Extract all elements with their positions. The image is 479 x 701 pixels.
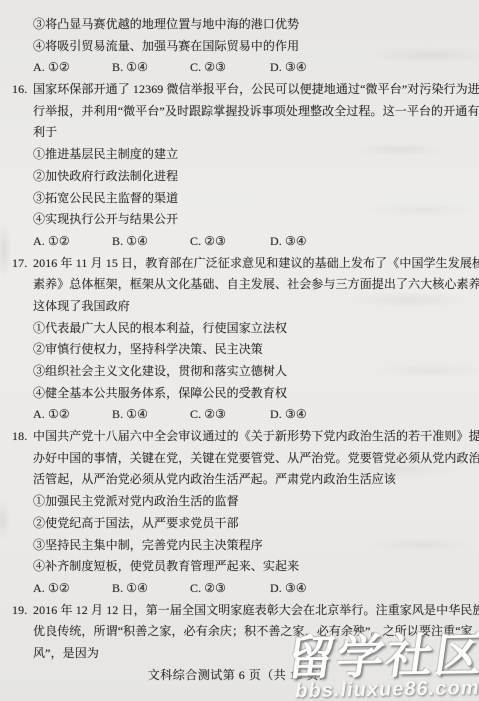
q15-choice-c: C. ②③ [190, 57, 270, 79]
question-17-option-3: ③组织社会主义文化建设，贯彻和落实立德树人 [0, 361, 479, 383]
question-17-number: 17. [12, 253, 27, 275]
q15-option-3: ③将凸显马赛优越的地理位置与地中海的港口优势 [0, 14, 479, 36]
question-18-stem-line-1: 18.中国共产党十八届六中全会审议通过的《关于新形势下党内政治生活的若干准则》提… [0, 426, 479, 448]
question-17-stem-line-3: 这体现了我国政府 [0, 296, 479, 318]
question-16-stem-line-1: 16.国家环保部开通了 12369 微信举报平台，公民可以便捷地通过“微平台”对… [0, 79, 479, 101]
question-19-stem-line-2: 优良传统，所谓“积善之家，必有余庆；积不善之家，必有余殃”。之所以要注重“家 [0, 621, 479, 643]
question-16-stem-line-2: 行举报，并利用“微平台”及时跟踪掌握投诉事项处理整改全过程。这一平台的开通有 [0, 101, 479, 123]
question-16-number: 16. [12, 79, 27, 101]
question-19-number: 19. [12, 600, 27, 622]
question-18-option-1: ①加强民主党派对党内政治生活的监督 [0, 491, 479, 513]
q18-choice-c: C. ②③ [190, 578, 270, 600]
question-17-option-2: ②审慎行使权力，坚持科学决策、民主决策 [0, 339, 479, 361]
question-18-option-2: ②使党纪高于国法，从严要求党员干部 [0, 513, 479, 535]
question-16-stem-text-1: 国家环保部开通了 12369 微信举报平台，公民可以便捷地通过“微平台”对污染行… [33, 82, 479, 96]
question-18-stem-text-1: 中国共产党十八届六中全会审议通过的《关于新形势下党内政治生活的若干准则》提出， [33, 429, 479, 443]
question-16-stem-line-3: 利于 [0, 122, 479, 144]
question-18-stem-line-3: 活管起，从严治党必须从党内政治生活严起。严肃党内政治生活应该 [0, 469, 479, 491]
q18-choice-b: B. ①④ [112, 578, 190, 600]
question-16-option-1: ①推进基层民主制度的建立 [0, 144, 479, 166]
q15-option-4: ④将吸引贸易流量、加强马赛在国际贸易中的作用 [0, 36, 479, 58]
q17-choice-d: D. ③④ [270, 404, 307, 426]
q16-choice-c: C. ②③ [190, 231, 270, 253]
exam-page-scan: ③将凸显马赛优越的地理位置与地中海的港口优势 ④将吸引贸易流量、加强马赛在国际贸… [0, 0, 479, 701]
q15-choice-d: D. ③④ [270, 57, 307, 79]
q17-choice-a: A. ①② [33, 404, 112, 426]
q16-choice-d: D. ③④ [270, 231, 307, 253]
question-19-stem-line-3: 风”，是因为 [0, 643, 479, 665]
q16-choice-a: A. ①② [33, 231, 112, 253]
exam-content: ③将凸显马赛优越的地理位置与地中海的港口优势 ④将吸引贸易流量、加强马赛在国际贸… [0, 14, 479, 686]
question-17-option-4: ④健全基本公共服务体系，保障公民的受教育权 [0, 383, 479, 405]
question-19-stem-text-1: 2016 年 12 月 12 日，第一届全国文明家庭表彰大会在北京举行。注重家风… [33, 603, 479, 617]
question-16-option-3: ③拓宽公民民主监督的渠道 [0, 188, 479, 210]
question-19-stem-line-1: 19.2016 年 12 月 12 日，第一届全国文明家庭表彰大会在北京举行。注… [0, 600, 479, 622]
question-17-stem-line-1: 17.2016 年 11 月 15 日，教育部在广泛征求意见和建议的基础上发布了… [0, 253, 479, 275]
question-17-stem-line-2: 素养》总体框架，框架从文化基础、自主发展、社会参与三方面提出了六大核心素养。 [0, 274, 479, 296]
question-18-number: 18. [12, 426, 27, 448]
q18-choice-a: A. ①② [33, 578, 112, 600]
q16-choice-b: B. ①④ [112, 231, 190, 253]
question-16-option-4: ④实现执行公开与结果公开 [0, 209, 479, 231]
question-16-answer-row: A. ①②B. ①④C. ②③D. ③④ [0, 231, 479, 253]
q15-choice-a: A. ①② [33, 57, 112, 79]
question-18-option-3: ③坚持民主集中制，完善党内民主决策程序 [0, 535, 479, 557]
question-18-answer-row: A. ①②B. ①④C. ②③D. ③④ [0, 578, 479, 600]
q18-choice-d: D. ③④ [270, 578, 307, 600]
question-17-option-1: ①代表最广大人民的根本利益，行使国家立法权 [0, 318, 479, 340]
q15-answer-row: A. ①②B. ①④C. ②③D. ③④ [0, 57, 479, 79]
question-18-stem-line-2: 办好中国的事情，关键在党，关键在党要管党、从严治党。党要管党必须从党内政治生 [0, 448, 479, 470]
question-16-option-2: ②加快政府行政法制化进程 [0, 166, 479, 188]
question-17-stem-text-1: 2016 年 11 月 15 日，教育部在广泛征求意见和建议的基础上发布了《中国… [33, 256, 479, 270]
question-17-answer-row: A. ①②B. ①④C. ②③D. ③④ [0, 404, 479, 426]
page-footer: 文科综合测试第 6 页（共 16 页） [0, 665, 479, 687]
q15-choice-b: B. ①④ [112, 57, 190, 79]
q17-choice-b: B. ①④ [112, 404, 190, 426]
question-18-option-4: ④补齐制度短板，使党员教育管理严起来、实起来 [0, 556, 479, 578]
q17-choice-c: C. ②③ [190, 404, 270, 426]
